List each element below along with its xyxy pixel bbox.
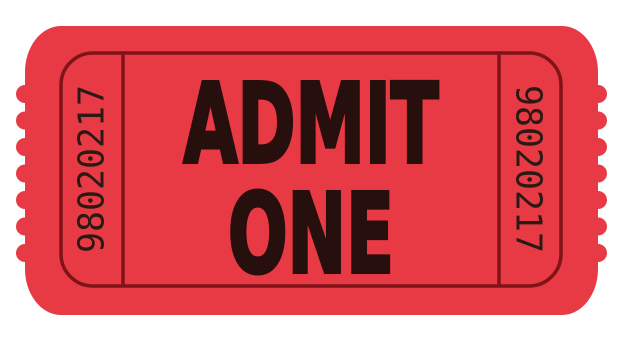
- serial-number-right: 98020217: [508, 85, 549, 253]
- serial-number-left: 98020217: [72, 85, 113, 253]
- admit-text-line2: ONE: [228, 170, 394, 298]
- admit-text-line1: ADMIT: [184, 60, 439, 188]
- ticket-illustration: 98020217 98020217 ADMIT ONE: [0, 0, 641, 360]
- ticket-canvas: 98020217 98020217 ADMIT ONE: [0, 0, 641, 360]
